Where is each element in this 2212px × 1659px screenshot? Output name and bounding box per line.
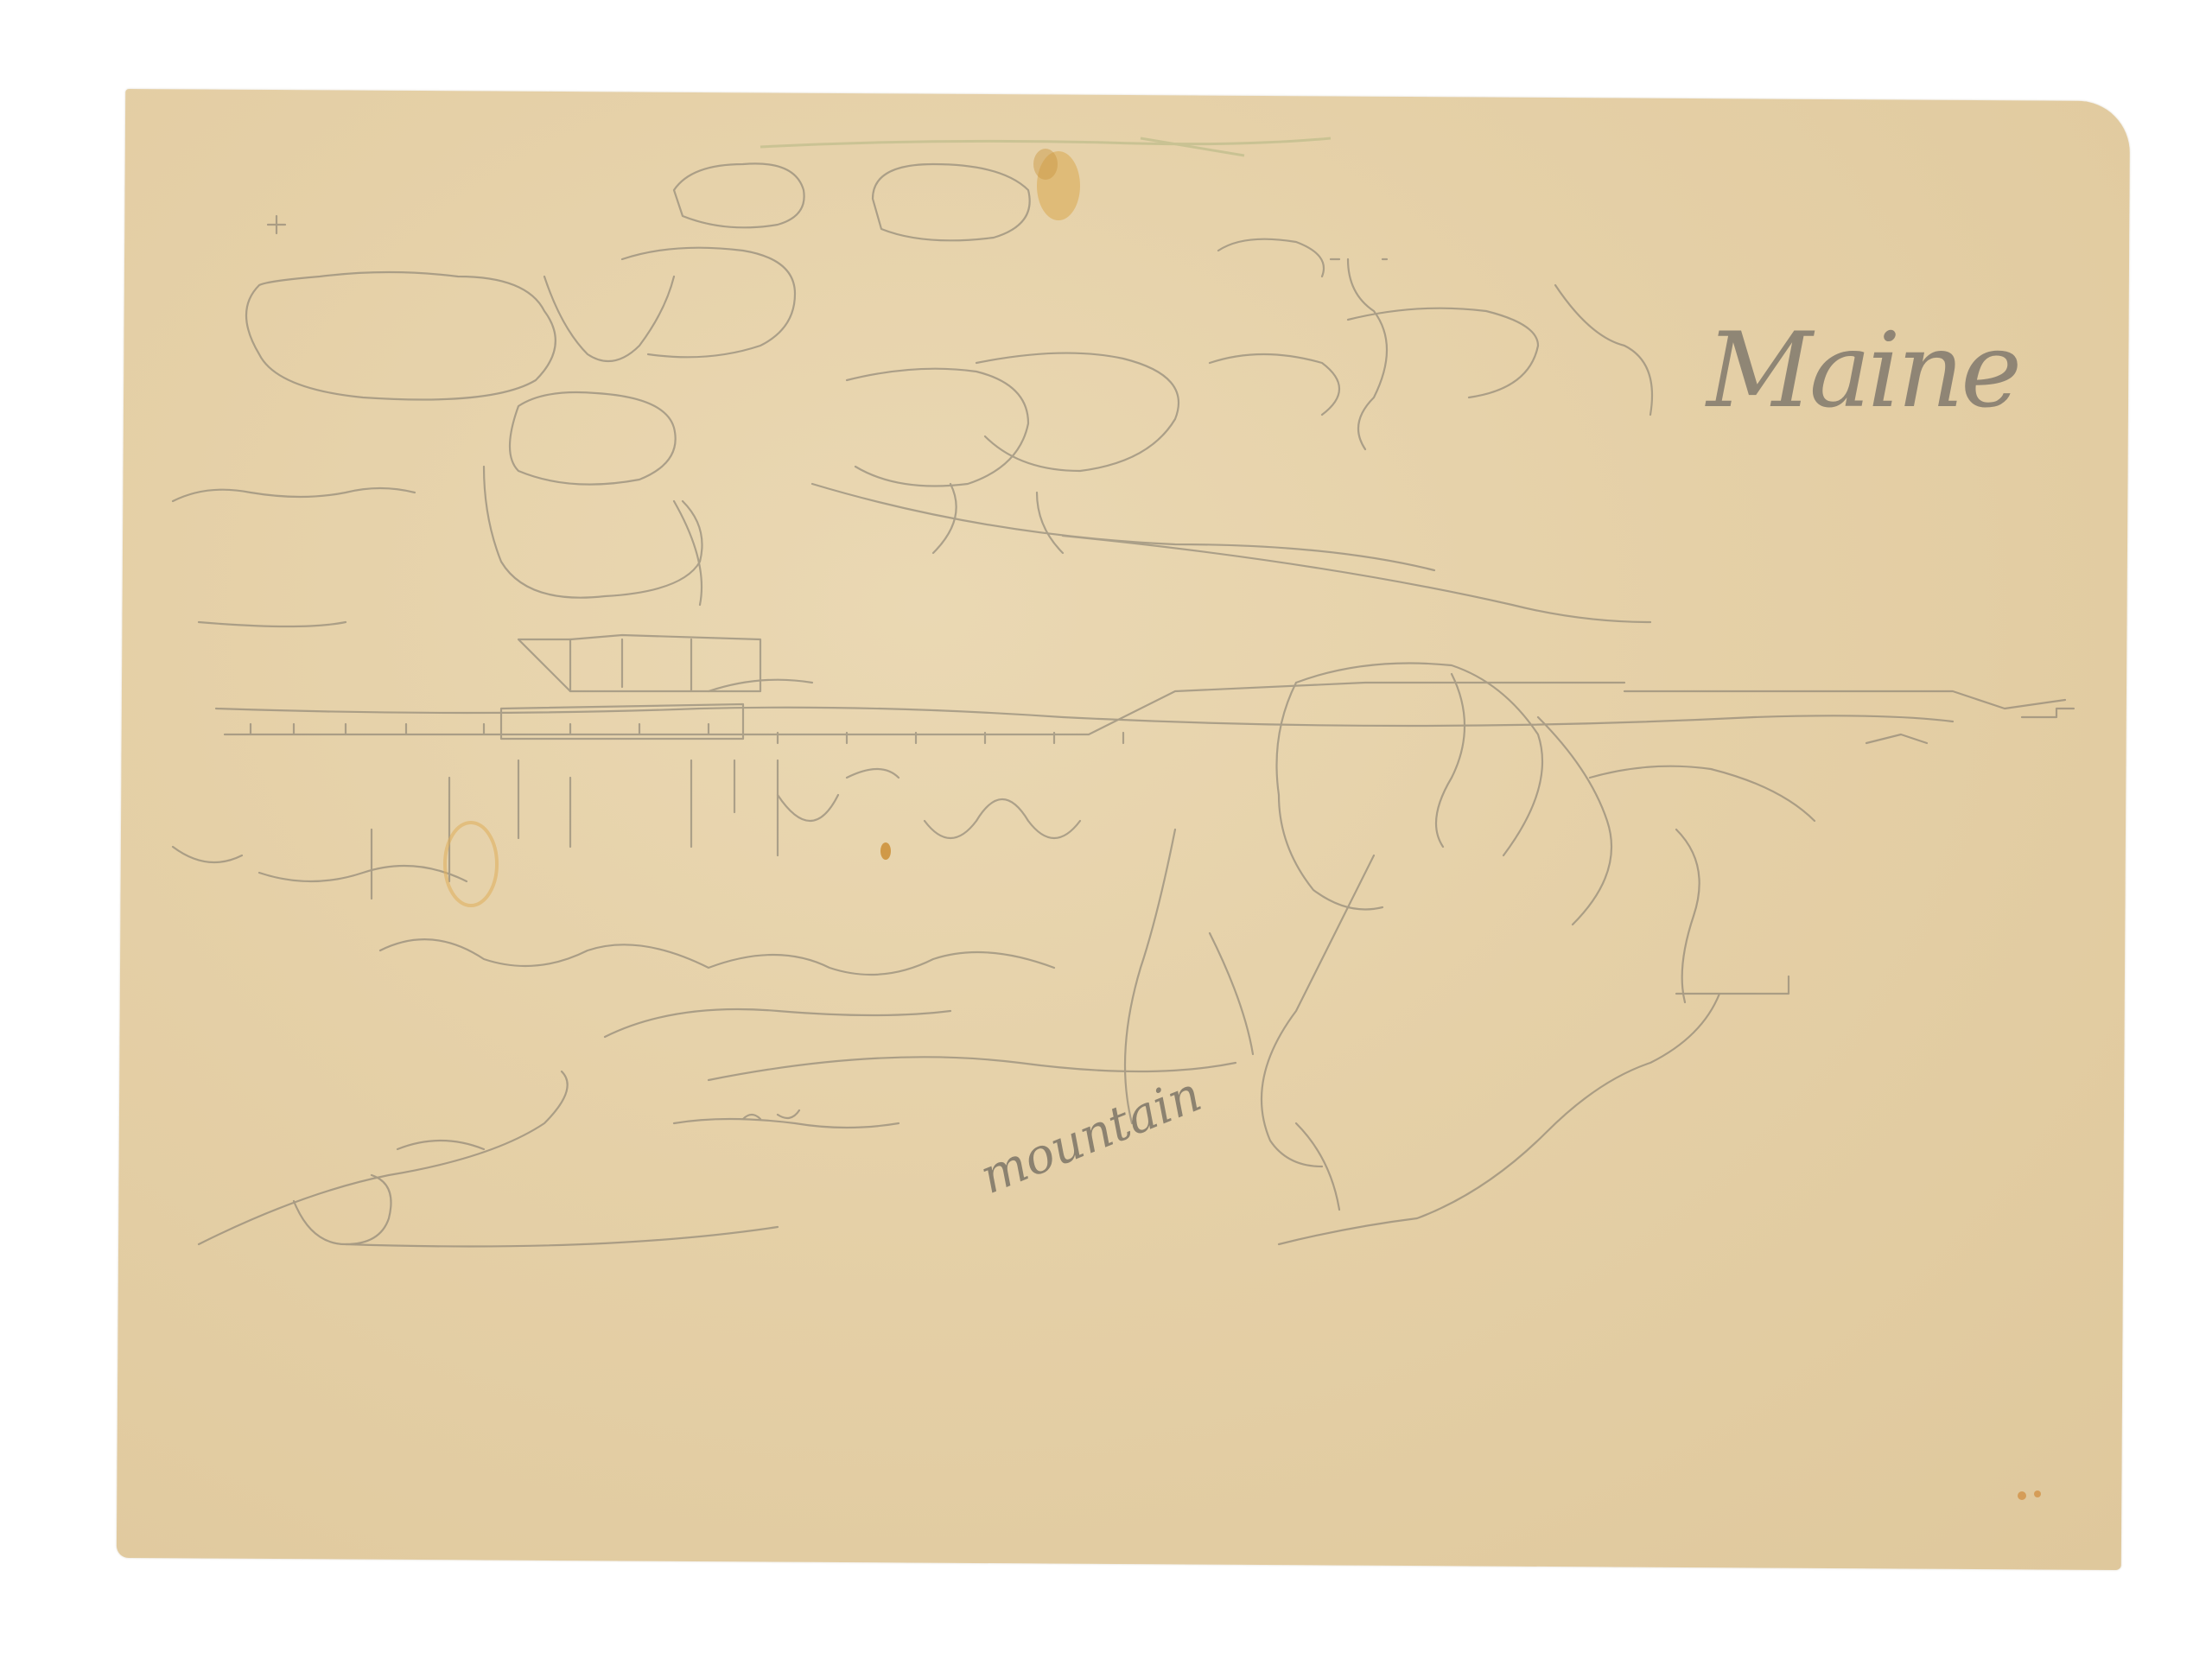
annotation-maine: Maine (1707, 311, 2018, 431)
pencil-sketch (0, 0, 2212, 1659)
